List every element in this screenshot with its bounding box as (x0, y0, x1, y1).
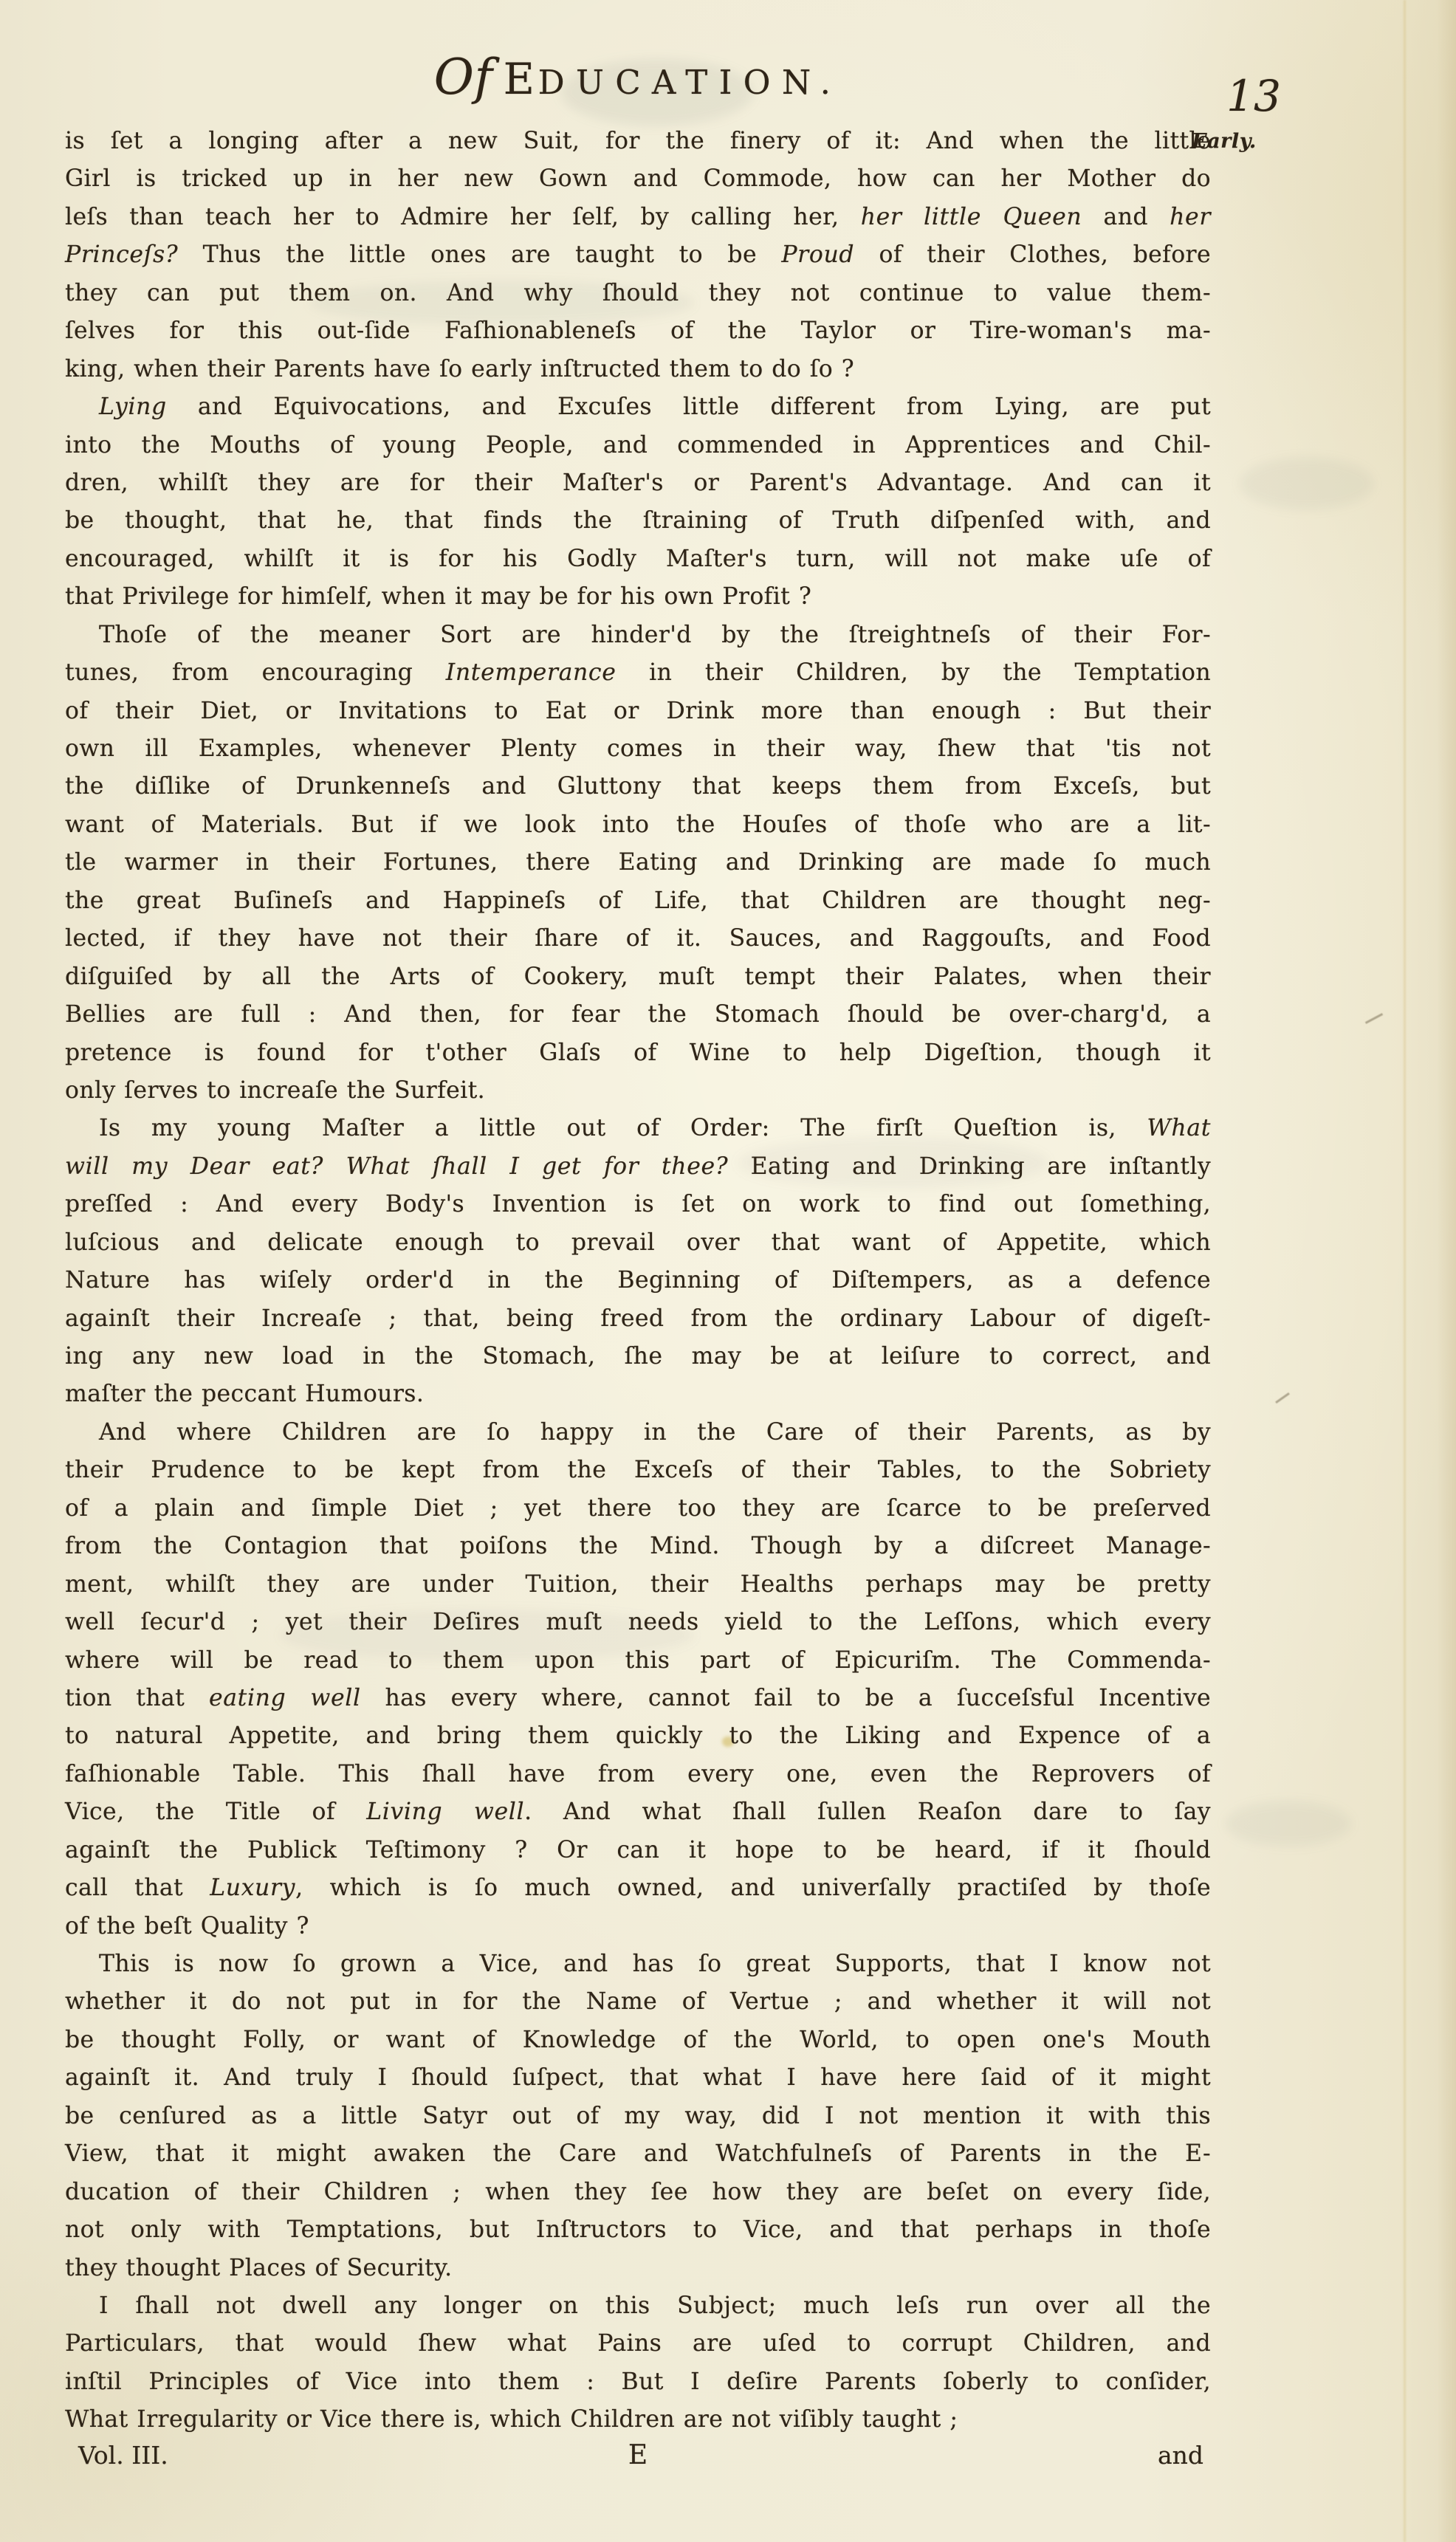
text-line: ducation of their Children ; when they ſ… (65, 2174, 1211, 2211)
text-line: the great Buſineſs and Happineſs of Life… (65, 882, 1211, 920)
paragraph: Lying and Equivocations, and Excuſes lit… (65, 388, 1211, 616)
text-line: Nature has wiſely order'd in the Beginni… (65, 1262, 1211, 1299)
text-line: Bellies are full : And then, for fear th… (65, 996, 1211, 1034)
paragraph: And where Children are ſo happy in the C… (65, 1414, 1211, 1945)
text-line: Is my young Maſter a little out of Order… (65, 1110, 1211, 1147)
running-head-of: Of (434, 49, 493, 106)
text-line: And where Children are ſo happy in the C… (65, 1414, 1211, 1452)
page-crease (1404, 0, 1406, 2542)
paragraph: I ſhall not dwell any longer on this Sub… (65, 2287, 1211, 2439)
text-line: be thought, that he, that finds the ſtra… (65, 502, 1211, 540)
text-line: is ſet a longing after a new Suit, for t… (65, 123, 1211, 160)
text-line: againſt it. And truly I ſhould ſuſpect, … (65, 2059, 1211, 2097)
bleed-through-mark (1240, 458, 1373, 509)
text-line: king, when their Parents have ſo early i… (65, 351, 1211, 388)
text-line: tle warmer in their Fortunes, there Eati… (65, 844, 1211, 882)
text-line: want of Materials. But if we look into t… (65, 806, 1211, 844)
text-line: What Irregularity or Vice there is, whic… (65, 2401, 1211, 2439)
text-line: ing any new load in the Stomach, ſhe may… (65, 1338, 1211, 1375)
text-line: of the beſt Quality ? (65, 1908, 1211, 1945)
text-line: ment, whilſt they are under Tuition, the… (65, 1566, 1211, 1604)
paragraph: This is now ſo grown a Vice, and has ſo … (65, 1945, 1211, 2287)
text-line: where will be read to them upon this par… (65, 1642, 1211, 1680)
text-line: that Privilege for himſelf, when it may … (65, 578, 1211, 616)
text-line: whether it do not put in for the Name of… (65, 1983, 1211, 2021)
text-line: luſcious and delicate enough to prevail … (65, 1224, 1211, 1262)
text-line: diſguiſed by all the Arts of Cookery, mu… (65, 958, 1211, 996)
text-line: only ſerves to increaſe the Surfeit. (65, 1072, 1211, 1110)
text-line: encouraged, whilſt it is for his Godly M… (65, 540, 1211, 578)
page-edge-shadow (1437, 0, 1456, 2542)
text-line: maſter the peccant Humours. (65, 1375, 1211, 1413)
text-line: the diſlike of Drunkenneſs and Gluttony … (65, 768, 1211, 805)
text-line: their Prudence to be kept from the Exceſ… (65, 1452, 1211, 1489)
text-line: Princeſs? Thus the little ones are taugh… (65, 236, 1211, 274)
text-line: ſelves for this out-ſide Faſhionableneſs… (65, 312, 1211, 350)
catchword: and (1158, 2436, 1203, 2475)
paragraph: Is my young Maſter a little out of Order… (65, 1110, 1211, 1414)
text-line: inſtil Principles of Vice into them : Bu… (65, 2363, 1211, 2401)
text-line: This is now ſo grown a Vice, and has ſo … (65, 1945, 1211, 1983)
page-number: 13 (1202, 71, 1305, 121)
text-line: of their Diet, or Invitations to Eat or … (65, 693, 1211, 730)
text-line: tion that eating well has every where, c… (65, 1680, 1211, 1717)
text-line: dren, whilſt they are for their Maſter's… (65, 464, 1211, 502)
text-block: is ſet a longing after a new Suit, for t… (65, 123, 1211, 2439)
text-line: Particulars, that would ſhew what Pains … (65, 2325, 1211, 2363)
bleed-through-mark (1226, 1801, 1351, 1846)
text-line: of a plain and ſimple Diet ; yet there t… (65, 1490, 1211, 1528)
text-line: I ſhall not dwell any longer on this Sub… (65, 2287, 1211, 2325)
text-line: they can put them on. And why ſhould the… (65, 275, 1211, 312)
text-line: not only with Temptations, but Inſtructo… (65, 2211, 1211, 2249)
text-line: Girl is tricked up in her new Gown and C… (65, 160, 1211, 198)
text-line: lected, if they have not their ſhare of … (65, 920, 1211, 958)
text-line: pretence is found for t'other Glaſs of W… (65, 1034, 1211, 1072)
running-head-title: DUCATION. (538, 63, 842, 102)
text-line: be cenſured as a little Satyr out of my … (65, 2098, 1211, 2135)
text-line: againſt their Increaſe ; that, being fre… (65, 1300, 1211, 1338)
text-line: be thought Folly, or want of Knowledge o… (65, 2021, 1211, 2059)
running-head: OfEDUCATION. (65, 53, 1211, 102)
text-line: they thought Places of Security. (65, 2250, 1211, 2287)
page-footer: Vol. III. E and (65, 2436, 1211, 2475)
text-line: preſſed : And every Body's Invention is … (65, 1186, 1211, 1223)
text-line: againſt the Publick Teſtimony ? Or can i… (65, 1832, 1211, 1869)
paragraph: Thoſe of the meaner Sort are hinder'd by… (65, 616, 1211, 1110)
paragraph: is ſet a longing after a new Suit, for t… (65, 123, 1211, 388)
text-line: Lying and Equivocations, and Excuſes lit… (65, 388, 1211, 426)
pen-mark (1275, 1392, 1290, 1404)
book-page: OfEDUCATION. 13 Early. is ſet a longing … (0, 0, 1456, 2542)
text-line: will my Dear eat? What ſhall I get for t… (65, 1148, 1211, 1186)
text-line: tunes, from encouraging Intemperance in … (65, 654, 1211, 692)
text-line: View, that it might awaken the Care and … (65, 2135, 1211, 2173)
text-line: faſhionable Table. This ſhall have from … (65, 1756, 1211, 1793)
text-line: into the Mouths of young People, and com… (65, 427, 1211, 464)
text-line: well ſecur'd ; yet their Deſires muſt ne… (65, 1604, 1211, 1641)
text-line: from the Contagion that poiſons the Mind… (65, 1528, 1211, 1565)
text-line: Thoſe of the meaner Sort are hinder'd by… (65, 616, 1211, 654)
text-line: leſs than teach her to Admire her ſelf, … (65, 199, 1211, 236)
text-line: call that Luxury, which is ſo much owned… (65, 1869, 1211, 1907)
pen-mark (1365, 1013, 1383, 1024)
text-line: own ill Examples, whenever Plenty comes … (65, 730, 1211, 768)
signature-mark: E (65, 2436, 1211, 2475)
running-head-initial: E (504, 54, 538, 104)
text-line: to natural Appetite, and bring them quic… (65, 1717, 1211, 1755)
text-line: Vice, the Title of Living well. And what… (65, 1793, 1211, 1831)
